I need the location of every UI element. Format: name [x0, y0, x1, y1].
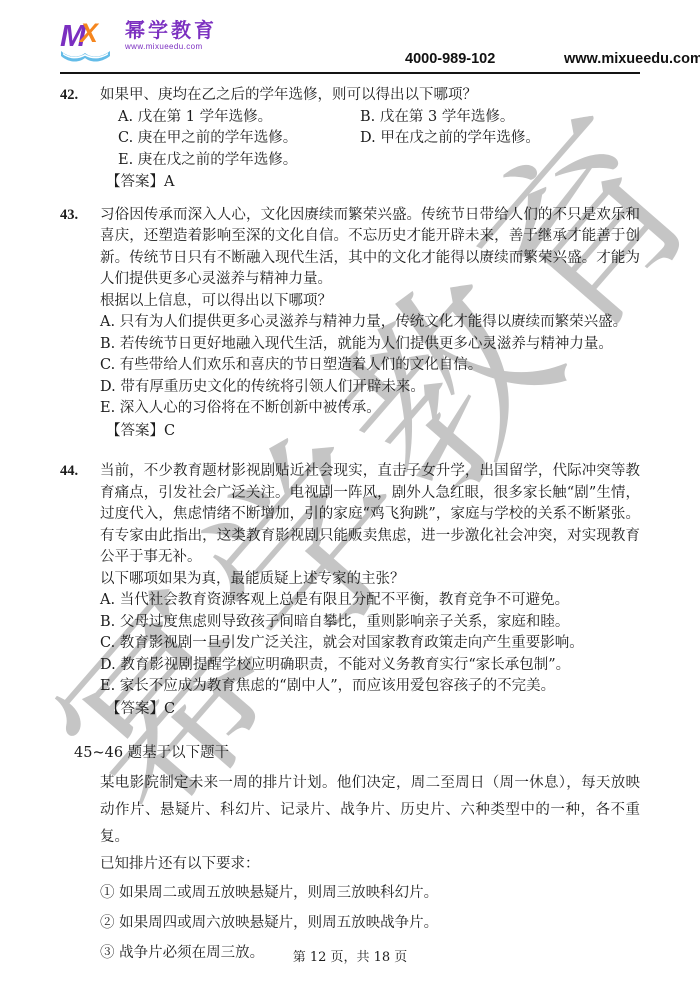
option-b: B. 若传统节日更好地融入现代生活，就能为人们提供更多心灵滋养与精神力量。 — [100, 334, 640, 356]
logo-letter-x: X — [80, 20, 98, 47]
option-e: E. 家长不应成为教育焦虑的“剧中人”，而应该用爱包容孩子的不完美。 — [100, 676, 640, 698]
option-c: C. 庚在甲之前的学年选修。 — [118, 128, 360, 150]
section-45-46: 45~46 题基于以下题干 某电影院制定未来一周的排片计划。他们决定，周二至周日… — [60, 743, 640, 968]
question-number: 42. — [60, 85, 100, 194]
question-42: 42. 如果甲、庚均在乙之后的学年选修，则可以得出以下哪项？ A. 戊在第 1 … — [60, 85, 640, 194]
answer-line: 【答案】C — [106, 699, 640, 721]
option-a: A. 戊在第 1 学年选修。 — [118, 107, 360, 129]
question-stem: 如果甲、庚均在乙之后的学年选修，则可以得出以下哪项？ — [100, 85, 640, 107]
option-c: C. 教育影视剧一旦引发广泛关注，就会对国家教育政策走向产生重要影响。 — [100, 633, 640, 655]
condition-1: ① 如果周二或周五放映悬疑片，则周三放映科幻片。 — [100, 878, 640, 908]
question-prompt: 以下哪项如果为真，最能质疑上述专家的主张？ — [100, 569, 640, 591]
question-43: 43. 习俗因传承而深入人心，文化因赓续而繁荣兴盛。传统节日带给人们的不只是欢乐… — [60, 205, 640, 443]
questions-area: 42. 如果甲、庚均在乙之后的学年选修，则可以得出以下哪项？ A. 戊在第 1 … — [60, 85, 640, 968]
section-stem: 某电影院制定未来一周的排片计划。他们决定，周二至周日（周一休息），每天放映动作片… — [100, 770, 640, 851]
brand-name: 幂学教育 — [125, 20, 217, 41]
brand-logo: MX 幂学教育 www.mixueedu.com — [60, 20, 217, 51]
condition-2: ② 如果周四或周六放映悬疑片，则周五放映战争片。 — [100, 908, 640, 938]
section-title: 45~46 题基于以下题干 — [74, 743, 640, 765]
answer-line: 【答案】C — [106, 421, 640, 443]
page-header: MX 幂学教育 www.mixueedu.com 4000-989-102 ww… — [60, 0, 640, 74]
question-stem: 习俗因传承而深入人心，文化因赓续而繁荣兴盛。传统节日带给人们的不只是欢乐和喜庆，… — [100, 205, 640, 291]
brand-url: www.mixueedu.com — [125, 42, 217, 51]
page-number: 第 12 页，共 18 页 — [0, 946, 700, 965]
header-website: www.mixueedu.com — [564, 51, 700, 67]
answer-line: 【答案】A — [106, 172, 640, 194]
option-b: B. 父母过度焦虑则导致孩子间暗自攀比，重则影响亲子关系，家庭和睦。 — [100, 612, 640, 634]
option-d: D. 带有厚重历史文化的传统将引领人们开辟未来。 — [100, 377, 640, 399]
option-a: A. 当代社会教育资源客观上总是有限且分配不平衡，教育竞争不可避免。 — [100, 590, 640, 612]
option-d: D. 甲在戊之前的学年选修。 — [360, 128, 640, 150]
question-stem: 当前，不少教育题材影视剧贴近社会现实，直击子女升学，出国留学，代际冲突等教育痛点… — [100, 461, 640, 569]
option-e: E. 庚在戊之前的学年选修。 — [118, 150, 360, 172]
open-book-icon — [60, 49, 112, 65]
option-b: B. 戊在第 3 学年选修。 — [360, 107, 640, 129]
question-44: 44. 当前，不少教育题材影视剧贴近社会现实，直击子女升学，出国留学，代际冲突等… — [60, 461, 640, 720]
mx-monogram: MX — [60, 20, 118, 51]
option-d: D. 教育影视剧提醒学校应明确职责，不能对义务教育实行“家长承包制”。 — [100, 655, 640, 677]
options-grid: A. 戊在第 1 学年选修。 B. 戊在第 3 学年选修。 C. 庚在甲之前的学… — [118, 107, 640, 172]
option-a: A. 只有为人们提供更多心灵滋养与精神力量，传统文化才能得以赓续而繁荣兴盛。 — [100, 312, 640, 334]
document-page: 幂学教育 MX 幂学教育 www.mixueedu.com 400 — [0, 0, 700, 992]
option-c: C. 有些带给人们欢乐和喜庆的节日塑造着人们的文化自信。 — [100, 355, 640, 377]
brand-text-block: 幂学教育 www.mixueedu.com — [125, 20, 217, 51]
option-e: E. 深入人心的习俗将在不断创新中被传承。 — [100, 398, 640, 420]
question-number: 43. — [60, 205, 100, 443]
section-requirement: 已知排片还有以下要求： — [100, 851, 640, 878]
question-prompt: 根据以上信息，可以得出以下哪项？ — [100, 291, 640, 313]
question-number: 44. — [60, 461, 100, 720]
header-phone: 4000-989-102 — [405, 51, 495, 67]
